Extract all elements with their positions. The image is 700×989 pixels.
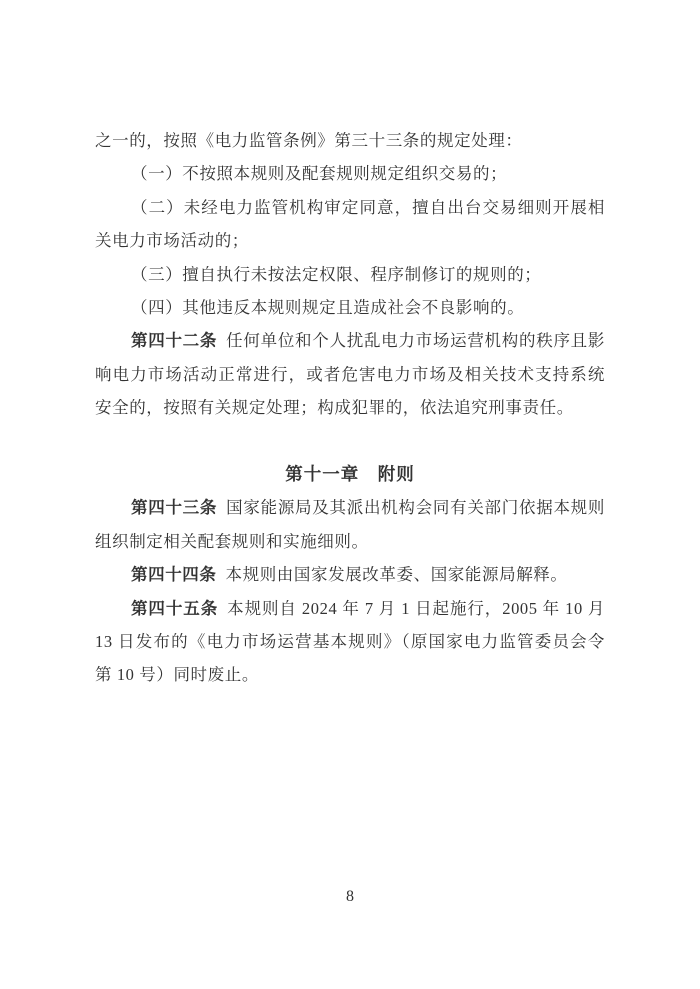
- article-44-text: 本规则由国家发展改革委、国家能源局解释。: [226, 565, 568, 584]
- article-43-number: 第四十三条: [131, 498, 217, 517]
- list-item-1: （一）不按照本规则及配套规则规定组织交易的；: [95, 157, 605, 190]
- document-body: 之一的，按照《电力监管条例》第三十三条的规定处理： （一）不按照本规则及配套规则…: [95, 124, 605, 692]
- document-page: 之一的，按照《电力监管条例》第三十三条的规定处理： （一）不按照本规则及配套规则…: [0, 0, 700, 989]
- article-42: 第四十二条任何单位和个人扰乱电力市场运营机构的秩序且影响电力市场活动正常进行，或…: [95, 324, 605, 424]
- article-45-number: 第四十五条: [131, 599, 218, 618]
- list-item-2: （二）未经电力监管机构审定同意，擅自出台交易细则开展相关电力市场活动的；: [95, 191, 605, 258]
- paragraph-continuation: 之一的，按照《电力监管条例》第三十三条的规定处理：: [95, 124, 605, 157]
- chapter-heading: 第十一章 附则: [95, 458, 605, 491]
- article-43: 第四十三条国家能源局及其派出机构会同有关部门依据本规则组织制定相关配套规则和实施…: [95, 491, 605, 558]
- article-42-number: 第四十二条: [131, 331, 217, 350]
- list-item-3: （三）擅自执行未按法定权限、程序制修订的规则的；: [95, 258, 605, 291]
- article-44-number: 第四十四条: [131, 565, 217, 584]
- article-45: 第四十五条本规则自 2024 年 7 月 1 日起施行，2005 年 10 月 …: [95, 592, 605, 692]
- page-number: 8: [0, 886, 700, 908]
- list-item-4: （四）其他违反本规则规定且造成社会不良影响的。: [95, 291, 605, 324]
- article-44: 第四十四条本规则由国家发展改革委、国家能源局解释。: [95, 558, 605, 591]
